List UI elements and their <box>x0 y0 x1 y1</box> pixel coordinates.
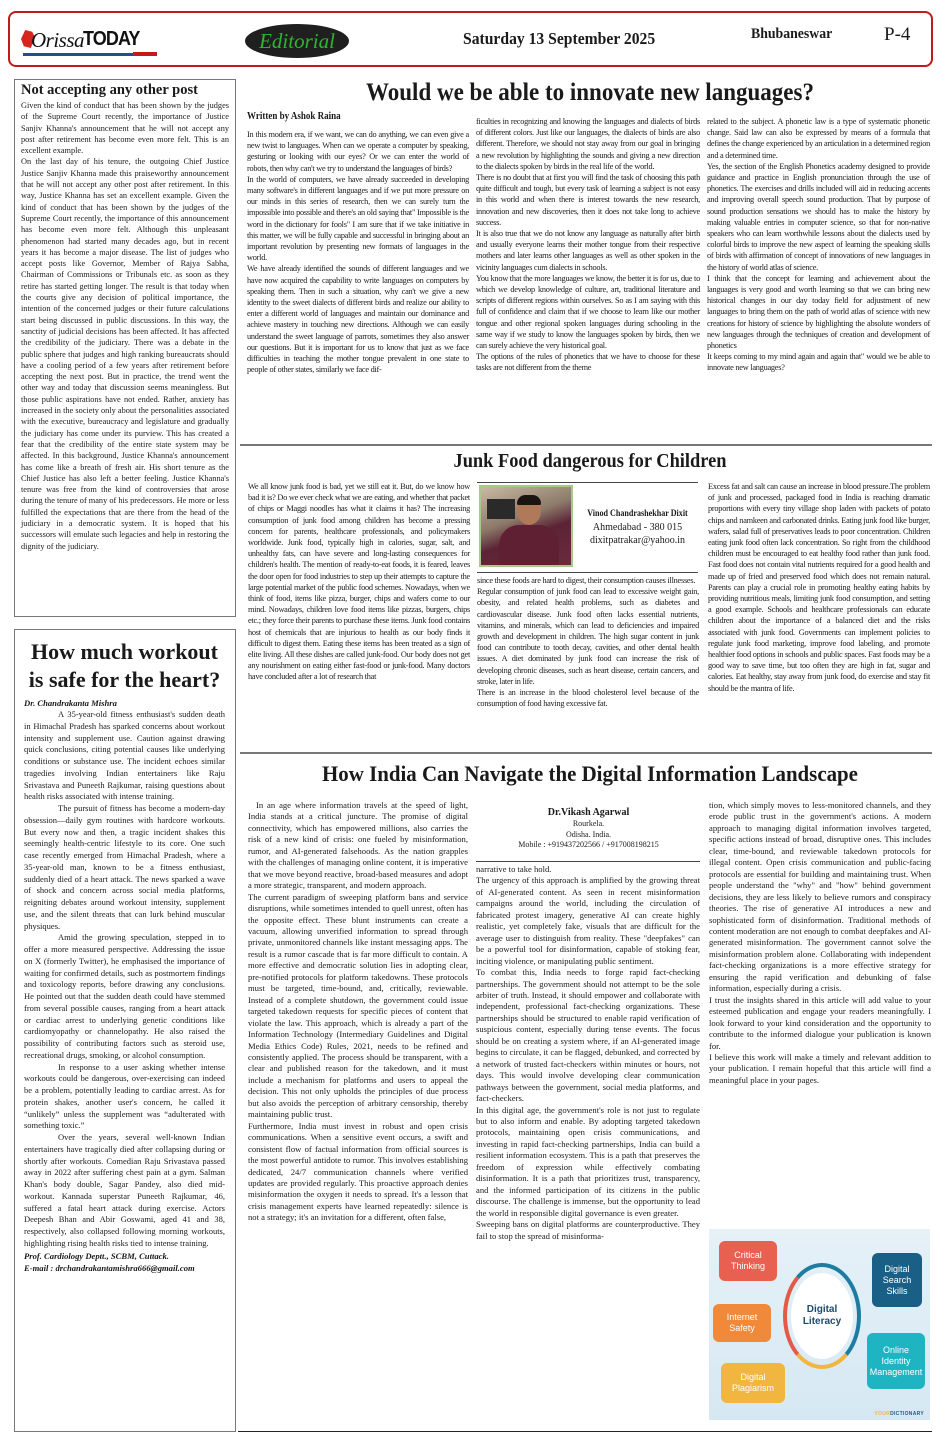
paragraph: In an age where information travels at t… <box>248 800 468 892</box>
paragraph: Regular consumption of junk food can lea… <box>477 586 699 687</box>
masthead: Orissa TODAY Editorial Saturday 13 Septe… <box>8 11 933 67</box>
paragraph: ficulties in recognizing and knowing the… <box>476 116 700 172</box>
paragraph: The urgency of this approach is amplifie… <box>476 875 700 967</box>
article-column-2: since these foods are hard to digest, th… <box>477 575 699 709</box>
paragraph: Amid the growing speculation, stepped in… <box>24 932 225 1061</box>
logo-orissa-text: Orissa <box>31 28 84 53</box>
author-email[interactable]: dixitpatrakar@yahoo.in <box>575 534 700 547</box>
paragraph: You know that the more languages we know… <box>476 273 700 351</box>
article-body: Given the kind of conduct that has been … <box>21 100 229 552</box>
author-designation: Prof. Cardiology Deptt., SCBM, Cuttack. <box>24 1250 225 1262</box>
brand-prefix: YOUR <box>874 1411 890 1417</box>
infographic-center: Digital Literacy <box>791 1273 853 1359</box>
article-body: A 35-year-old fitness enthusiast's sudde… <box>24 709 225 1250</box>
paragraph: The pursuit of fitness has become a mode… <box>24 803 225 932</box>
paragraph: There is an increase in the blood choles… <box>477 687 699 709</box>
section-divider <box>240 752 932 754</box>
pill-text: Skills <box>886 1286 907 1297</box>
paragraph: Excess fat and salt can cause an increas… <box>708 481 930 694</box>
pill-text: Digital <box>884 1264 909 1275</box>
article-column-1: In an age where information travels at t… <box>248 800 468 1224</box>
author-state: Odisha. India. <box>478 830 699 841</box>
paragraph: To combat this, India needs to forge rap… <box>476 967 700 1104</box>
paragraph: Over the years, several well-known India… <box>24 1132 225 1250</box>
logo-underline <box>23 53 133 56</box>
author-box-bottom-rule <box>477 572 698 573</box>
photo-background-monitor <box>487 499 515 519</box>
section-badge: Editorial <box>245 24 349 58</box>
author-info: Dr.Vikash Agarwal Rourkela. Odisha. Indi… <box>478 806 699 851</box>
paragraph: Given the kind of conduct that has been … <box>21 100 229 156</box>
section-divider <box>240 444 932 446</box>
edition-city: Bhubaneswar <box>751 26 832 43</box>
pill-text: Safety <box>729 1323 755 1334</box>
article-column-3: related to the subject. A phonetic law i… <box>707 116 930 374</box>
pill-text: Plagiarism <box>732 1383 774 1394</box>
internet-safety-pill: Internet Safety <box>713 1304 771 1342</box>
author-name: Vinod Chandrashekhar Dixit <box>584 508 690 521</box>
article-column-2: ficulties in recognizing and knowing the… <box>476 116 700 374</box>
paragraph: In this digital age, the government's ro… <box>476 1105 700 1220</box>
author-email[interactable]: E-mail : drchandrakantamishra666@gmail.c… <box>24 1262 225 1274</box>
article-title: How much workout is safe for the heart? <box>24 638 225 694</box>
logo-tagline <box>133 52 157 56</box>
author-info: Vinod Chandrashekhar Dixit Ahmedabad - 3… <box>575 508 700 547</box>
paragraph: The current paradigm of sweeping platfor… <box>248 892 468 1121</box>
orissa-today-logo[interactable]: Orissa TODAY <box>21 26 161 64</box>
paragraph: Yes, the section of the English Phonetic… <box>707 161 930 273</box>
infographic-brand: YOURDICTIONARY <box>874 1411 924 1417</box>
paragraph: We all know junk food is bad, yet we sti… <box>248 481 470 683</box>
paragraph: I think that the concept for learning an… <box>707 273 930 351</box>
author-box-rule <box>476 861 700 862</box>
author-city: Rourkela. <box>478 819 699 830</box>
article-column-3: tion, which simply moves to less-monitor… <box>709 800 931 1086</box>
pill-text: Digital <box>740 1372 765 1383</box>
pill-text: Thinking <box>731 1261 765 1272</box>
author-box-top-rule <box>477 482 698 483</box>
section-label: Editorial <box>259 29 335 54</box>
paragraph: The options of the rules of phonetics th… <box>476 351 700 373</box>
sidebar-article-workout-heart: How much workout is safe for the heart? … <box>14 629 236 1432</box>
pill-text: Online <box>883 1345 909 1356</box>
photo-figure-hair <box>517 495 541 505</box>
article-column-3: Excess fat and salt can cause an increas… <box>708 481 930 694</box>
article-byline: Dr. Chandrakanta Mishra <box>24 698 225 709</box>
critical-thinking-pill: Critical Thinking <box>719 1241 777 1281</box>
paragraph: In this modern era, if we want, we can d… <box>247 129 469 174</box>
paragraph: I believe this work will make a timely a… <box>709 1052 931 1086</box>
center-label-line: Literacy <box>803 1316 841 1328</box>
paragraph: On the last day of his tenure, the outgo… <box>21 156 229 551</box>
article-column-1: In this modern era, if we want, we can d… <box>247 129 469 375</box>
article-column-2: narrative to take hold. The urgency of t… <box>476 864 700 1242</box>
paragraph: We have already identified the sounds of… <box>247 263 469 375</box>
issue-date: Saturday 13 September 2025 <box>463 29 655 49</box>
paragraph: tion, which simply moves to less-monitor… <box>709 800 931 995</box>
pill-text: Critical <box>734 1250 762 1261</box>
author-name: Dr.Vikash Agarwal <box>478 806 699 819</box>
bottom-divider <box>238 1431 932 1432</box>
paragraph: Furthermore, India must invest in robust… <box>248 1121 468 1224</box>
digital-literacy-infographic: Digital Literacy Critical Thinking Inter… <box>709 1229 930 1420</box>
paragraph: In response to a user asking whether int… <box>24 1062 225 1133</box>
pill-text: Internet <box>727 1312 758 1323</box>
paragraph: There is no doubt that at first you will… <box>476 172 700 228</box>
author-photo <box>479 485 573 567</box>
pill-text: Management <box>870 1367 923 1378</box>
paragraph: It keeps coming to my mind again and aga… <box>707 351 930 373</box>
article-column-1: We all know junk food is bad, yet we sti… <box>248 481 470 683</box>
online-identity-pill: Online Identity Management <box>867 1333 925 1389</box>
digital-search-skills-pill: Digital Search Skills <box>872 1253 922 1307</box>
sidebar-article-not-accepting-post: Not accepting any other post Given the k… <box>14 79 236 617</box>
author-mobile: Mobile : +919437202566 / +917008198215 <box>478 840 699 851</box>
pill-text: Search <box>883 1275 912 1286</box>
article-byline: Written by Ashok Raina <box>247 111 341 122</box>
pill-text: Identity <box>881 1356 910 1367</box>
paragraph: Sweeping bans on digital platforms are c… <box>476 1219 700 1242</box>
article-title-languages: Would we be able to innovate new languag… <box>268 78 912 108</box>
paragraph: I trust the insights shared in this arti… <box>709 995 931 1052</box>
page-number: P-4 <box>884 24 910 46</box>
paragraph: related to the subject. A phonetic law i… <box>707 116 930 161</box>
article-title-digital-landscape: How India Can Navigate the Digital Infor… <box>258 760 923 788</box>
paragraph: narrative to take hold. <box>476 864 700 875</box>
paragraph: A 35-year-old fitness enthusiast's sudde… <box>24 709 225 803</box>
article-title: Not accepting any other post <box>21 82 229 99</box>
article-title-junk-food: Junk Food dangerous for Children <box>268 449 912 473</box>
logo-today-text: TODAY <box>83 28 140 51</box>
paragraph: It is also true that we do not know any … <box>476 228 700 273</box>
center-label-line: Digital <box>807 1304 838 1316</box>
photo-figure-body <box>499 525 559 567</box>
paragraph: In the world of computers, we have alrea… <box>247 174 469 264</box>
digital-plagiarism-pill: Digital Plagiarism <box>721 1363 785 1403</box>
brand-suffix: DICTIONARY <box>890 1411 924 1417</box>
paragraph: since these foods are hard to digest, th… <box>477 575 699 586</box>
author-city: Ahmedabad - 380 015 <box>575 521 700 534</box>
